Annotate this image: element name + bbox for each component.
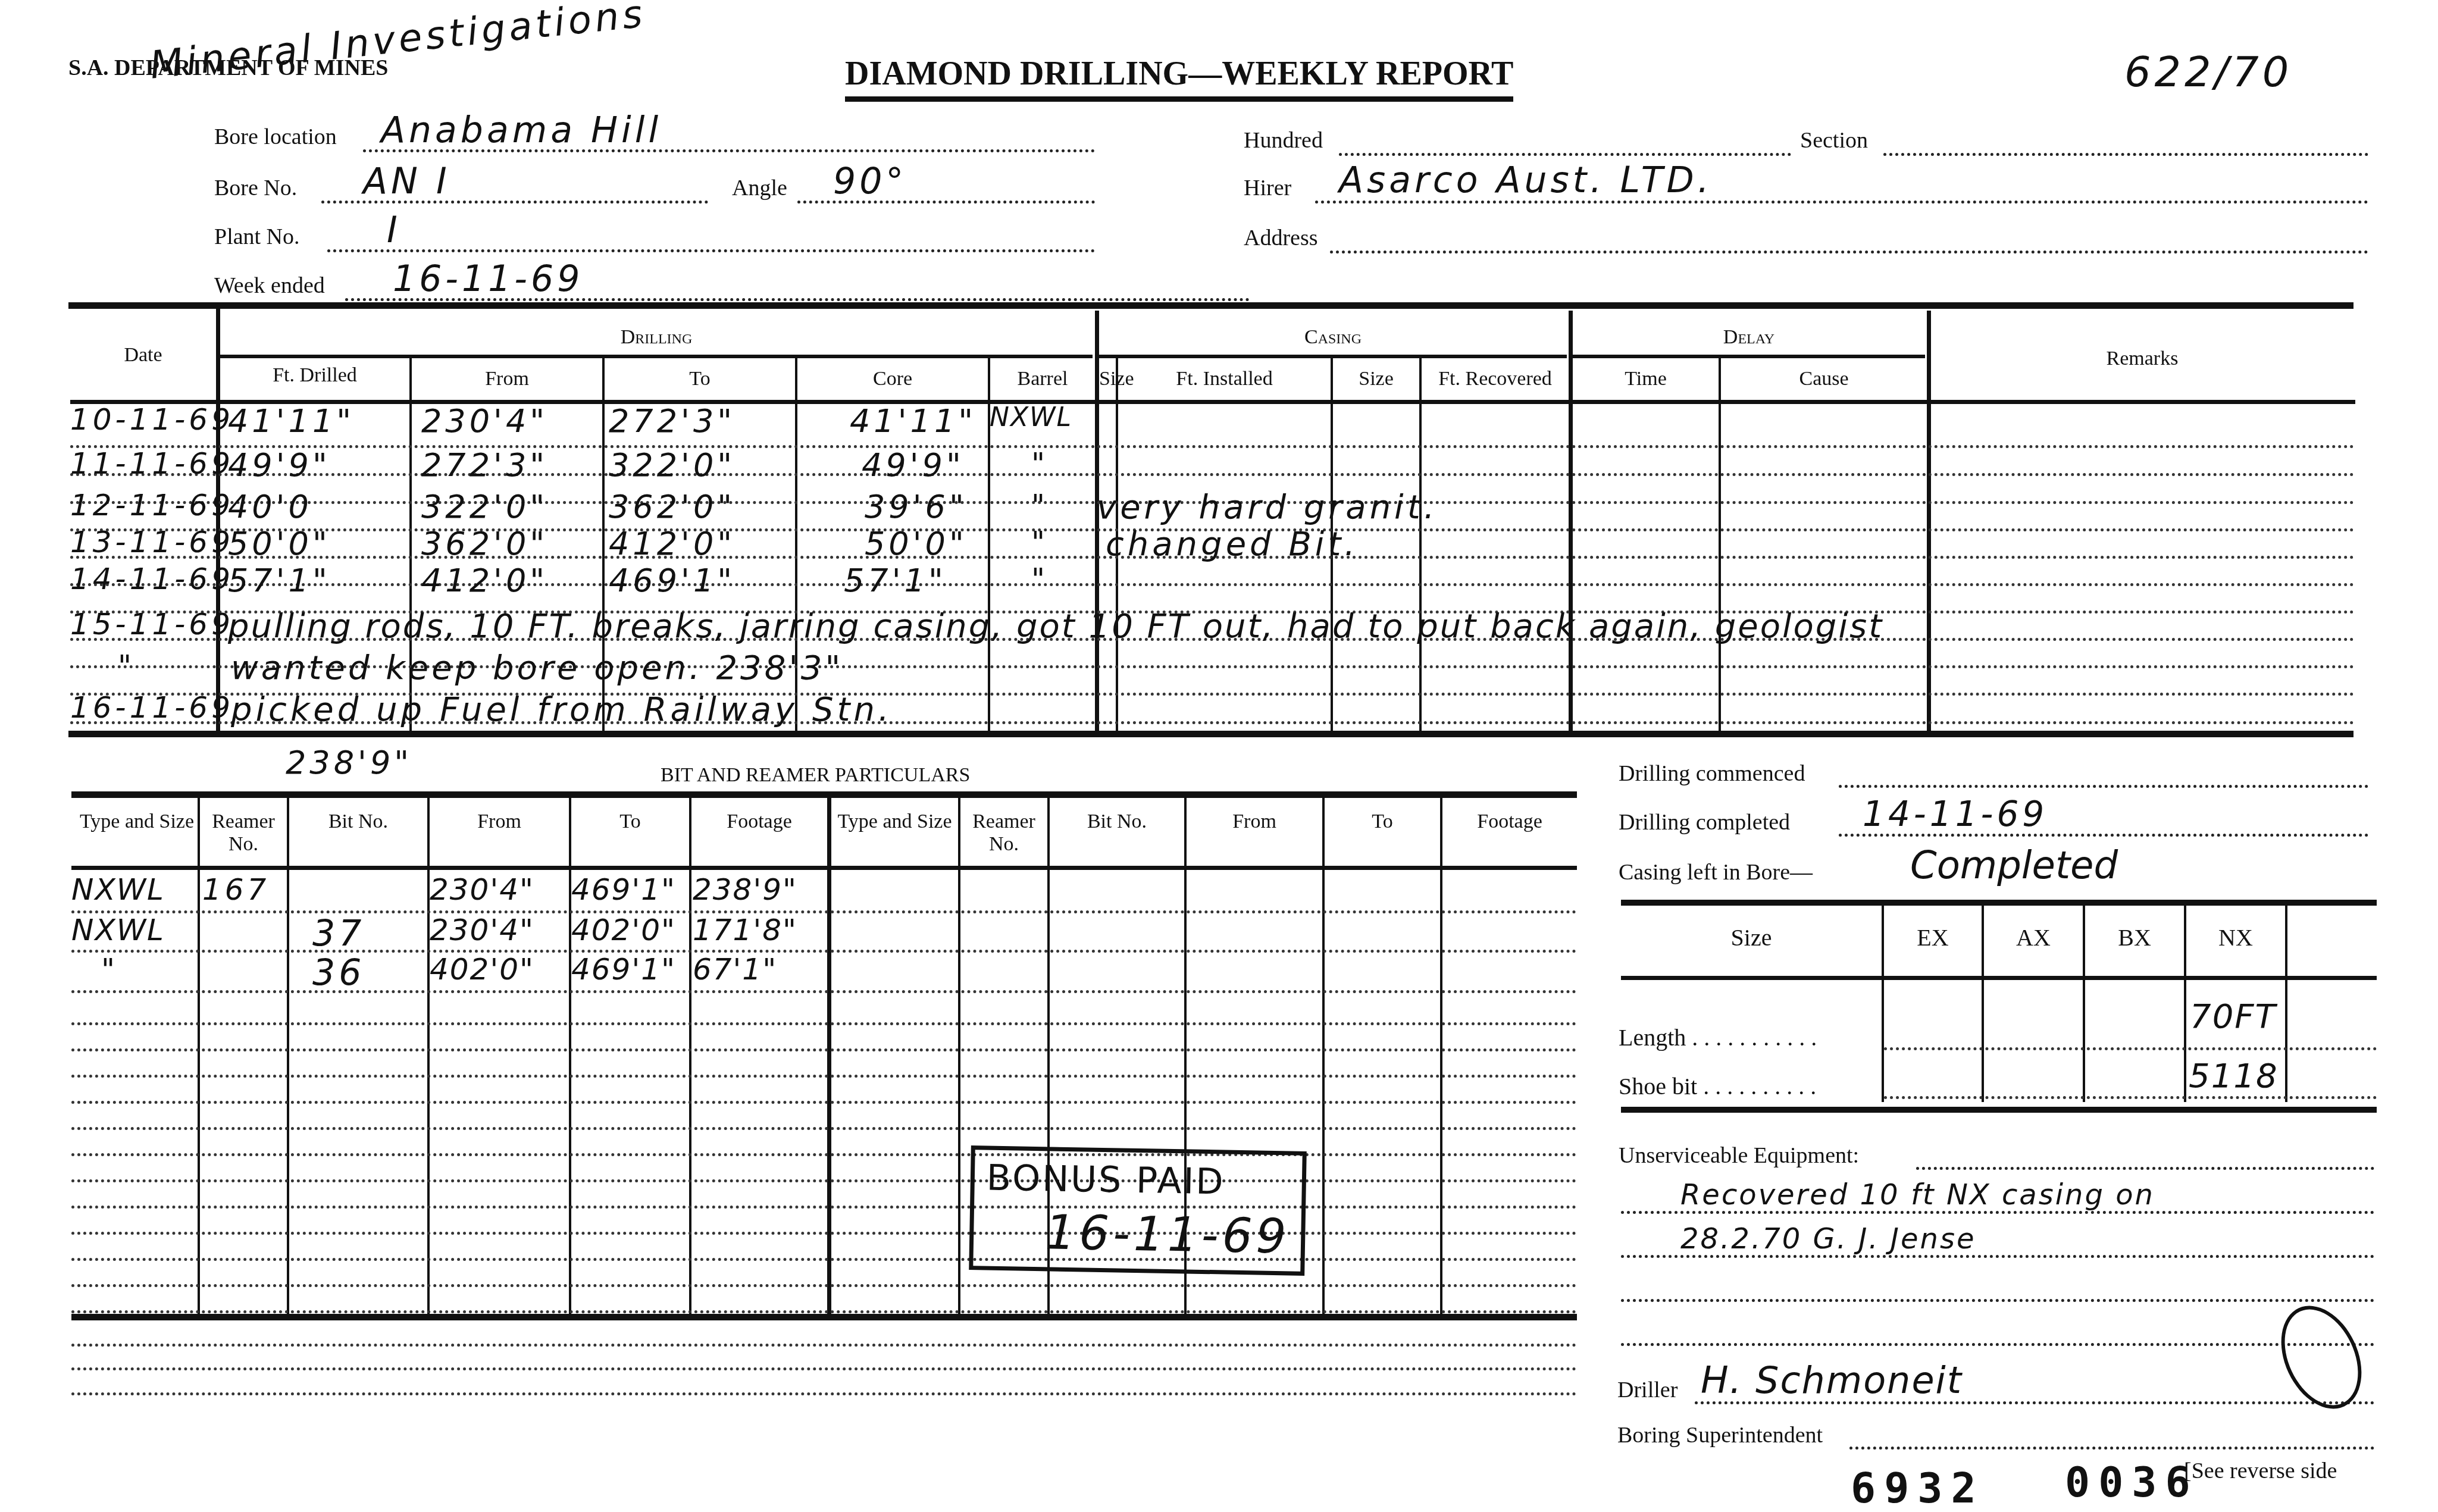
superintendent-label: Boring Superintendent [1617,1422,1823,1448]
casing-size-ax: AX [1984,924,2083,951]
length-label: Length . . . . . . . . . . . [1619,1023,1817,1051]
br-to: 469'1" [571,872,676,907]
br-col-bit-no: Bit No. [289,810,427,833]
unserviceable-text-2: 28.2.70 G. J. Jense [1680,1222,1976,1256]
unserviceable-line-4[interactable] [1621,1310,2374,1346]
br-col-footage: Footage [691,810,827,833]
driller-signature: H. Schmoneit [1701,1358,1963,1402]
driller-label: Driller [1617,1377,1678,1403]
casing-left-value: Completed [1910,844,2118,888]
br-reamer-no: 167 [202,872,270,907]
col-remarks: Remarks [1931,348,2354,370]
bonus-paid-stamp: BONUS PAID 16-11-69 [969,1145,1307,1276]
br-col-from-2: From [1187,810,1322,833]
casing-size-header: Size [1621,924,1882,951]
unserviceable-line-3[interactable] [1621,1266,2374,1302]
br-table-row: NXWL 37 230'4" 402'0" 171'8" [0,913,833,951]
document-number-b: 0036 [2065,1458,2199,1507]
bit-reamer-table: Type and Size Reamer No. Bit No. From To… [0,0,1607,1512]
br-col-from: From [430,810,569,833]
unserviceable-text-1: Recovered 10 ft NX casing on [1680,1178,2155,1212]
br-from: 230'4" [430,872,534,907]
br-type-size: NXWL [71,913,165,947]
br-to: 402'0" [571,913,676,947]
summary-panel: Drilling commenced Drilling completed 14… [1607,738,2380,1511]
shoe-bit-label: Shoe bit . . . . . . . . . . [1619,1072,1816,1100]
br-col-reamer-no: Reamer No. [200,810,287,856]
casing-size-nx: NX [2186,924,2285,951]
casing-left-label: Casing left in Bore— [1619,859,1813,885]
br-bit-no: 37 [312,913,365,954]
driller-field[interactable]: Driller H. Schmoneit [1617,1357,2374,1404]
br-to: 469'1" [571,952,676,987]
br-col-bit-no-2: Bit No. [1050,810,1184,833]
br-footage: 171'8" [693,913,797,947]
br-col-footage-2: Footage [1442,810,1577,833]
br-bit-no: 36 [312,952,365,994]
br-col-type-size: Type and Size [77,810,196,833]
br-table-row: " 36 402'0" 469'1" 67'1" [0,952,833,990]
drilling-completed-field[interactable]: Drilling completed 14-11-69 [1619,797,2368,837]
br-table-row: NXWL 167 230'4" 469'1" 238'9" [0,872,833,910]
br-type-size: NXWL [71,872,165,907]
br-type-size: " [101,952,118,987]
unserviceable-line-1[interactable]: Recovered 10 ft NX casing on [1621,1178,2374,1214]
br-footage: 67'1" [693,952,777,987]
casing-left-field[interactable]: Casing left in Bore— Completed [1619,844,2368,891]
unserviceable-line-2[interactable]: 28.2.70 G. J. Jense [1621,1222,2374,1258]
br-col-to: To [571,810,689,833]
br-col-type-size-2: Type and Size [831,810,958,833]
br-from: 402'0" [430,952,534,987]
unserviceable-field[interactable]: Unserviceable Equipment: [1619,1137,2374,1170]
drilling-commenced-label: Drilling commenced [1619,760,1805,787]
see-reverse-note: [See reverse side [2184,1458,2337,1484]
unserviceable-label: Unserviceable Equipment: [1619,1142,1859,1169]
superintendent-field[interactable]: Boring Superintendent [1617,1416,2374,1450]
drilling-completed-label: Drilling completed [1619,809,1790,835]
casing-size-ex: EX [1884,924,1982,951]
br-col-reamer-no-2: Reamer No. [960,810,1047,856]
col-cause: Cause [1721,368,1927,390]
br-footage: 238'9" [693,872,797,907]
group-delay: Delay [1573,326,1925,349]
stamp-label: BONUS PAID [986,1157,1225,1203]
drilling-commenced-field[interactable]: Drilling commenced [1619,756,2368,788]
br-col-to-2: To [1325,810,1440,833]
drilling-completed-value: 14-11-69 [1863,794,2048,834]
stamp-date: 16-11-69 [1045,1204,1291,1264]
casing-size-bx: BX [2085,924,2184,951]
shoe-bit-nx-value: 5118 [2189,1057,2279,1095]
length-nx-value: 70FT [2190,997,2277,1036]
document-number-a: 6932 [1851,1464,1985,1512]
br-from: 230'4" [430,913,534,947]
